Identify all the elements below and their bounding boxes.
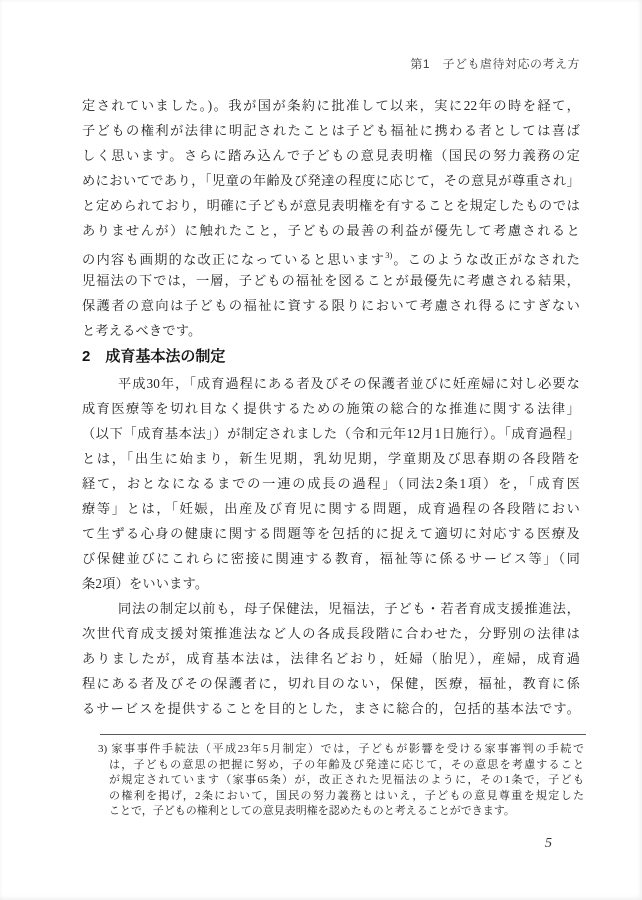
body-line: て生ずる心身の健康に関する問題等を包括的に捉えて適切に対応する医療及 xyxy=(82,521,580,546)
body-line: めにおいてであり，「児童の年齢及び発達の程度に応じて，その意見が尊重され」 xyxy=(82,168,580,193)
body-line: と定められており，明確に子どもが意見表明権を有することを規定したものでは xyxy=(82,193,580,218)
body-line: 程にある者及びその保護者に，切れ目のない，保健，医療，福祉，教育に係 xyxy=(82,671,580,696)
body-line: 同法の制定以前も，母子保健法，児福法，子ども・若者育成支援推進法， xyxy=(82,596,580,621)
footnote-block: 3) 家事事件手続法（平成23年5月制定）では，子どもが影響を受ける家事審判の手… xyxy=(98,742,584,820)
body-line: るサービスを提供することを目的とした，まさに総合的，包括的基本法です。 xyxy=(82,696,580,721)
footnote-separator xyxy=(100,734,586,735)
body-line: 療等」とは，「妊娠，出産及び育児に関する問題，成育過程の各段階におい xyxy=(82,496,580,521)
footnote-line: の権利を掲げ，2条において，国民の努力義務とはいえ，子どもの意見尊重を規定した xyxy=(98,789,584,805)
body-line: 保護者の意向は子どもの福祉に資する限りにおいて考慮され得るにすぎない xyxy=(82,293,580,318)
body-line: 成育医療等を切れ目なく提供するための施策の総合的な推進に関する法律」 xyxy=(82,396,580,421)
body-text-segment: の内容も画期的な改正になっていると思います xyxy=(82,252,385,267)
paragraph-seiiku-law: 平成30年，「成育過程にある者及びその保護者並びに妊産婦に対し必要な 成育医療等… xyxy=(82,371,580,596)
body-line: 定されていました。)。我が国が条約に批准して以来，実に22年の時を経て， xyxy=(82,93,580,118)
section-number: 2 xyxy=(82,348,90,365)
section-title: 成育基本法の制定 xyxy=(105,348,225,365)
body-line: （以下「成育基本法」）が制定されました（令和元年12月1日施行）。「成育過程」 xyxy=(82,421,580,446)
running-header: 第1 子ども虐待対応の考え方 xyxy=(82,55,580,72)
book-page: 第1 子ども虐待対応の考え方 定されていました。)。我が国が条約に批准して以来，… xyxy=(0,0,642,900)
footnote-line: が規定されています（家事65条）が，改正された児福法のように，その1条で，子ども xyxy=(98,773,584,789)
footnote-line: は，子どもの意思の把握に努め，子の年齢及び発達に応じて，その意思を考慮すること xyxy=(98,758,584,774)
footnote-line: ことで，子どもの権利としての意見表明権を認めたものと考えることができます。 xyxy=(98,804,584,820)
body-line-with-footnote-ref: の内容も画期的な改正になっていると思います3)。このような改正がなされた xyxy=(82,243,580,268)
paragraph-continuation: 定されていました。)。我が国が条約に批准して以来，実に22年の時を経て， 子ども… xyxy=(82,93,580,343)
body-line: しく思います。さらに踏み込んで子どもの意見表明権（国民の努力義務の定 xyxy=(82,143,580,168)
body-text-segment: 。このような改正がなされた xyxy=(392,252,580,267)
body-line: ありませんが）に触れたこと，子どもの最善の利益が優先して考慮されると xyxy=(82,218,580,243)
body-text: 定されていました。)。我が国が条約に批准して以来，実に22年の時を経て， 子ども… xyxy=(82,93,580,721)
body-line: とは，「出生に始まり，新生児期，乳幼児期，学童期及び思春期の各段階を xyxy=(82,446,580,471)
body-line: 経て，おとなになるまでの一連の成長の過程」（同法2条1項）を，「成育医 xyxy=(82,471,580,496)
body-line: 条2項）をいいます。 xyxy=(82,571,580,596)
footnote-line: 3) 家事事件手続法（平成23年5月制定）では，子どもが影響を受ける家事審判の手… xyxy=(98,742,584,758)
body-line: 児福法の下では，一層，子どもの福祉を図ることが最優先に考慮される結果， xyxy=(82,268,580,293)
body-line: と考えるべきです。 xyxy=(82,318,580,343)
body-line: 子どもの権利が法律に明記されたことは子ども福祉に携わる者としては喜ば xyxy=(82,118,580,143)
body-line: 平成30年，「成育過程にある者及びその保護者並びに妊産婦に対し必要な xyxy=(82,371,580,396)
section-heading: 2成育基本法の制定 xyxy=(82,343,580,371)
body-line: び保健並びにこれらに密接に関連する教育，福祉等に係るサービス等」（同 xyxy=(82,546,580,571)
paragraph-prior-laws: 同法の制定以前も，母子保健法，児福法，子ども・若者育成支援推進法， 次世代育成支… xyxy=(82,596,580,721)
body-line: ありましたが，成育基本法は，法律名どおり，妊婦（胎児），産婦，成育過 xyxy=(82,646,580,671)
page-number: 5 xyxy=(82,836,552,852)
body-line: 次世代育成支援対策推進法など人の各成長段階に合わせた，分野別の法律は xyxy=(82,621,580,646)
